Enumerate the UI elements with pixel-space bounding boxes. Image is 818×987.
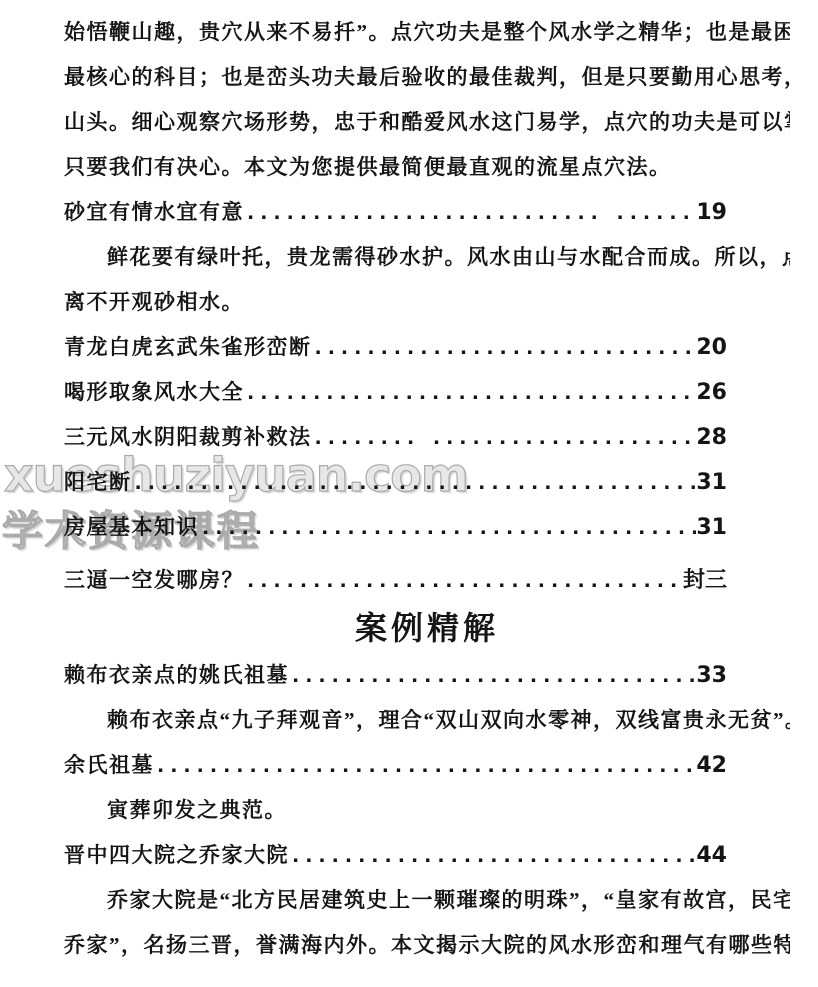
- toc-entry: 房屋基本知识 .................................…: [64, 505, 727, 550]
- toc-page-number: 26: [696, 370, 727, 415]
- toc-note-line: 鲜花要有绿叶托，贵龙需得砂水护。风水由山与水配合而成。所以，点穴总: [64, 235, 790, 280]
- toc-dot-leader: ........................................…: [154, 744, 696, 788]
- paragraph-line: 只要我们有决心。本文为您提供最简便最直观的流星点穴法。: [64, 145, 790, 190]
- toc-dot-leader: ........................................: [199, 506, 696, 550]
- toc-entry-title: 余氏祖墓: [64, 743, 154, 788]
- toc-dot-leader: ........................... .......: [244, 191, 696, 235]
- toc-note-line: 寅葬卯发之典范。: [64, 788, 790, 833]
- toc-note-line: 离不开观砂相水。: [64, 280, 790, 325]
- toc-entry: 三元风水阴阳裁剪补救法 ........ ...................…: [64, 415, 727, 460]
- toc-page-number: 31: [696, 505, 727, 550]
- toc-dot-leader: ........ .....................: [312, 416, 697, 460]
- toc-entry: 三逼一空发哪房？ ...............................…: [64, 558, 727, 603]
- document-page: xueshuziyuan.com 学术资源课程 始悟鞭山趣，贵穴从来不易扦”。点…: [0, 0, 818, 987]
- toc-dot-leader: ..................................: [244, 559, 683, 603]
- toc-entry-title: 赖布衣亲点的姚氏祖墓: [64, 653, 289, 698]
- toc-page-number: 44: [696, 833, 727, 878]
- paragraph-line: 始悟鞭山趣，贵穴从来不易扦”。点穴功夫是整个风水学之精华；也是最困难，: [64, 10, 790, 55]
- toc-entry-title: 砂宜有情水宜有意: [64, 190, 244, 235]
- toc-entry-title: 三逼一空发哪房？: [64, 558, 244, 603]
- toc-dot-leader: ..............................: [312, 326, 697, 370]
- toc-page-number: 42: [696, 743, 727, 788]
- toc-entry: 赖布衣亲点的姚氏祖墓 .............................…: [64, 653, 727, 698]
- toc-note-line: 乔家”，名扬三晋，誉满海内外。本文揭示大院的风水形峦和理气有哪些特殊性。: [64, 923, 790, 968]
- toc-entry-title: 青龙白虎玄武朱雀形峦断: [64, 325, 312, 370]
- toc-dot-leader: ................................: [289, 834, 696, 878]
- toc-page-number: 20: [696, 325, 727, 370]
- toc-entry-title: 喝形取象风水大全: [64, 370, 244, 415]
- toc-entry-title: 晋中四大院之乔家大院: [64, 833, 289, 878]
- toc-page-number: 28: [696, 415, 727, 460]
- toc-page-number: 19: [696, 190, 727, 235]
- toc-entry: 阳宅断 ....................................…: [64, 460, 727, 505]
- toc-dot-leader: ....................................: [244, 371, 696, 415]
- paragraph-line: 山头。细心观察穴场形势，忠于和酷爱风水这门易学，点穴的功夫是可以掌握的，: [64, 100, 790, 145]
- section-heading: 案例精解: [64, 603, 790, 653]
- toc-entry-title: 房屋基本知识: [64, 505, 199, 550]
- toc-entry: 青龙白虎玄武朱雀形峦断 ............................…: [64, 325, 727, 370]
- page-content: 始悟鞭山趣，贵穴从来不易扦”。点穴功夫是整个风水学之精华；也是最困难， 最核心的…: [0, 0, 818, 968]
- toc-page-number: 封三: [683, 558, 727, 603]
- toc-dot-leader: ........................................…: [132, 461, 697, 505]
- toc-page-number: 31: [696, 460, 727, 505]
- toc-entry-title: 三元风水阴阳裁剪补救法: [64, 415, 312, 460]
- toc-entry: 砂宜有情水宜有意 ........................... ...…: [64, 190, 727, 235]
- toc-dot-leader: ................................: [289, 654, 696, 698]
- toc-note-line: 乔家大院是“北方民居建筑史上一颗璀璨的明珠”，“皇家有故宫，民宅看: [64, 878, 790, 923]
- paragraph-line: 最核心的科目；也是峦头功夫最后验收的最佳裁判，但是只要勤用心思考，勤行: [64, 55, 790, 100]
- toc-note-line: 赖布衣亲点“九子拜观音”，理合“双山双向水零神，双线富贵永无贫”。: [64, 698, 790, 743]
- toc-page-number: 33: [696, 653, 727, 698]
- toc-entry: 余氏祖墓 ...................................…: [64, 743, 727, 788]
- toc-entry-title: 阳宅断: [64, 460, 132, 505]
- toc-entry: 晋中四大院之乔家大院 .............................…: [64, 833, 727, 878]
- toc-entry: 喝形取象风水大全 ...............................…: [64, 370, 727, 415]
